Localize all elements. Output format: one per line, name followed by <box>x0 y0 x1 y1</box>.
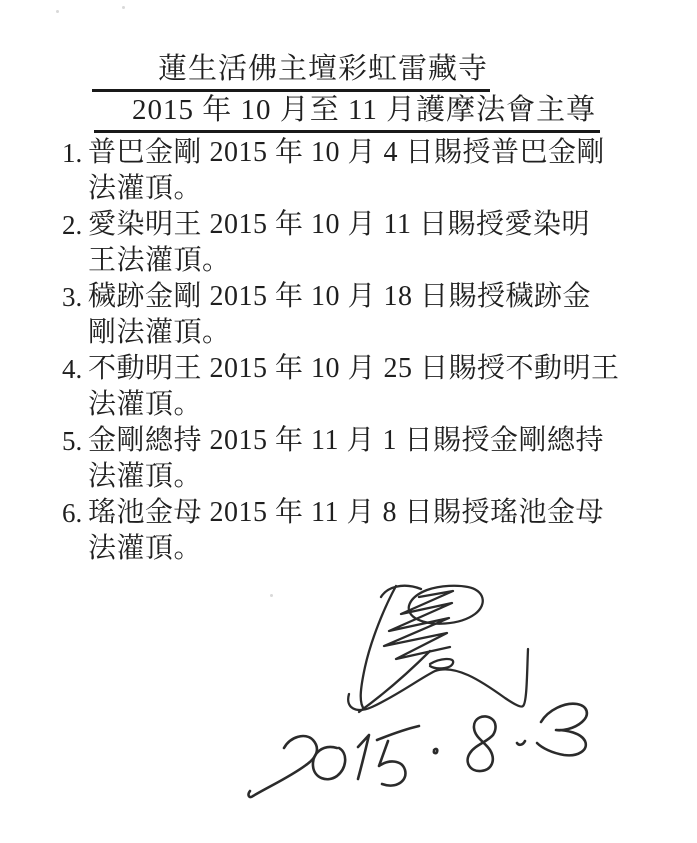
date-digit-2 <box>249 736 317 797</box>
list-item: 3. 穢跡金剛 2015 年 10 月 18 日賜授穢跡金 剛法灌頂。 <box>0 279 697 351</box>
list-item: 5. 金剛總持 2015 年 11 月 1 日賜授金剛總持 法灌頂。 <box>0 423 697 495</box>
item-number: 2. <box>62 207 82 243</box>
signature-date-text: 2015 · 8 · 3 <box>0 0 1 1</box>
list-item: 6. 瑤池金母 2015 年 11 月 8 日賜授瑤池金母 法灌頂。 <box>0 495 697 567</box>
scan-speck <box>270 594 273 597</box>
scan-speck <box>56 10 59 13</box>
item-number: 3. <box>62 279 82 315</box>
item-number: 5. <box>62 423 82 459</box>
document-title-text: 蓮生活佛主壇彩虹雷藏寺 <box>158 53 488 85</box>
date-digit-8 <box>468 716 496 771</box>
scan-speck <box>122 6 125 9</box>
list-item: 2. 愛染明王 2015 年 10 月 11 日賜授愛染明 王法灌頂。 <box>0 207 697 279</box>
date-dot <box>517 741 525 745</box>
signature-stroke <box>430 659 453 668</box>
date-digit-3 <box>537 704 587 756</box>
date-digit-0 <box>313 747 345 779</box>
item-number: 4. <box>62 351 82 387</box>
item-text-line: 愛染明王 2015 年 10 月 11 日賜授愛染明 <box>88 207 697 243</box>
date-digit-5-bar <box>377 726 419 740</box>
item-text-line: 穢跡金剛 2015 年 10 月 18 日賜授穢跡金 <box>88 279 697 315</box>
list-item: 1. 普巴金剛 2015 年 10 月 4 日賜授普巴金剛 法灌頂。 <box>0 135 697 207</box>
item-text-line: 瑤池金母 2015 年 11 月 8 日賜授瑤池金母 <box>88 495 697 531</box>
item-text-line: 法灌頂。 <box>88 459 697 495</box>
signature-stroke <box>359 651 430 712</box>
signature-stroke <box>384 591 453 659</box>
document-subtitle-text: 2015 年 10 月至 11 月護摩法會主尊 <box>132 94 596 126</box>
item-text-line: 王法灌頂。 <box>88 243 697 279</box>
signature-stroke <box>361 586 396 709</box>
item-text-line: 法灌頂。 <box>88 387 697 423</box>
item-number: 6. <box>62 495 82 531</box>
signature-stroke <box>409 586 483 624</box>
signature-stroke <box>348 649 528 710</box>
item-text-line: 法灌頂。 <box>88 171 697 207</box>
item-number: 1. <box>62 135 82 171</box>
handwritten-signature <box>348 586 528 712</box>
item-text-line: 普巴金剛 2015 年 10 月 4 日賜授普巴金剛 <box>88 135 697 171</box>
item-text-line: 金剛總持 2015 年 11 月 1 日賜授金剛總持 <box>88 423 697 459</box>
date-dot <box>434 749 437 753</box>
date-digit-5 <box>379 741 405 786</box>
item-text-line: 剛法灌頂。 <box>88 315 697 351</box>
document-title: 蓮生活佛主壇彩虹雷藏寺 <box>92 53 490 92</box>
homa-schedule-list: 1. 普巴金剛 2015 年 10 月 4 日賜授普巴金剛 法灌頂。 2. 愛染… <box>0 135 697 567</box>
item-text-line: 不動明王 2015 年 10 月 25 日賜授不動明王 <box>88 351 697 387</box>
signature-date-handwriting <box>249 704 587 797</box>
item-text-line: 法灌頂。 <box>88 531 697 567</box>
document-subtitle: 2015 年 10 月至 11 月護摩法會主尊 <box>94 94 600 133</box>
signature-stroke <box>381 586 421 597</box>
scanned-document-page: 蓮生活佛主壇彩虹雷藏寺 2015 年 10 月至 11 月護摩法會主尊 1. 普… <box>0 0 697 843</box>
date-digit-1 <box>358 735 369 779</box>
list-item: 4. 不動明王 2015 年 10 月 25 日賜授不動明王 法灌頂。 <box>0 351 697 423</box>
